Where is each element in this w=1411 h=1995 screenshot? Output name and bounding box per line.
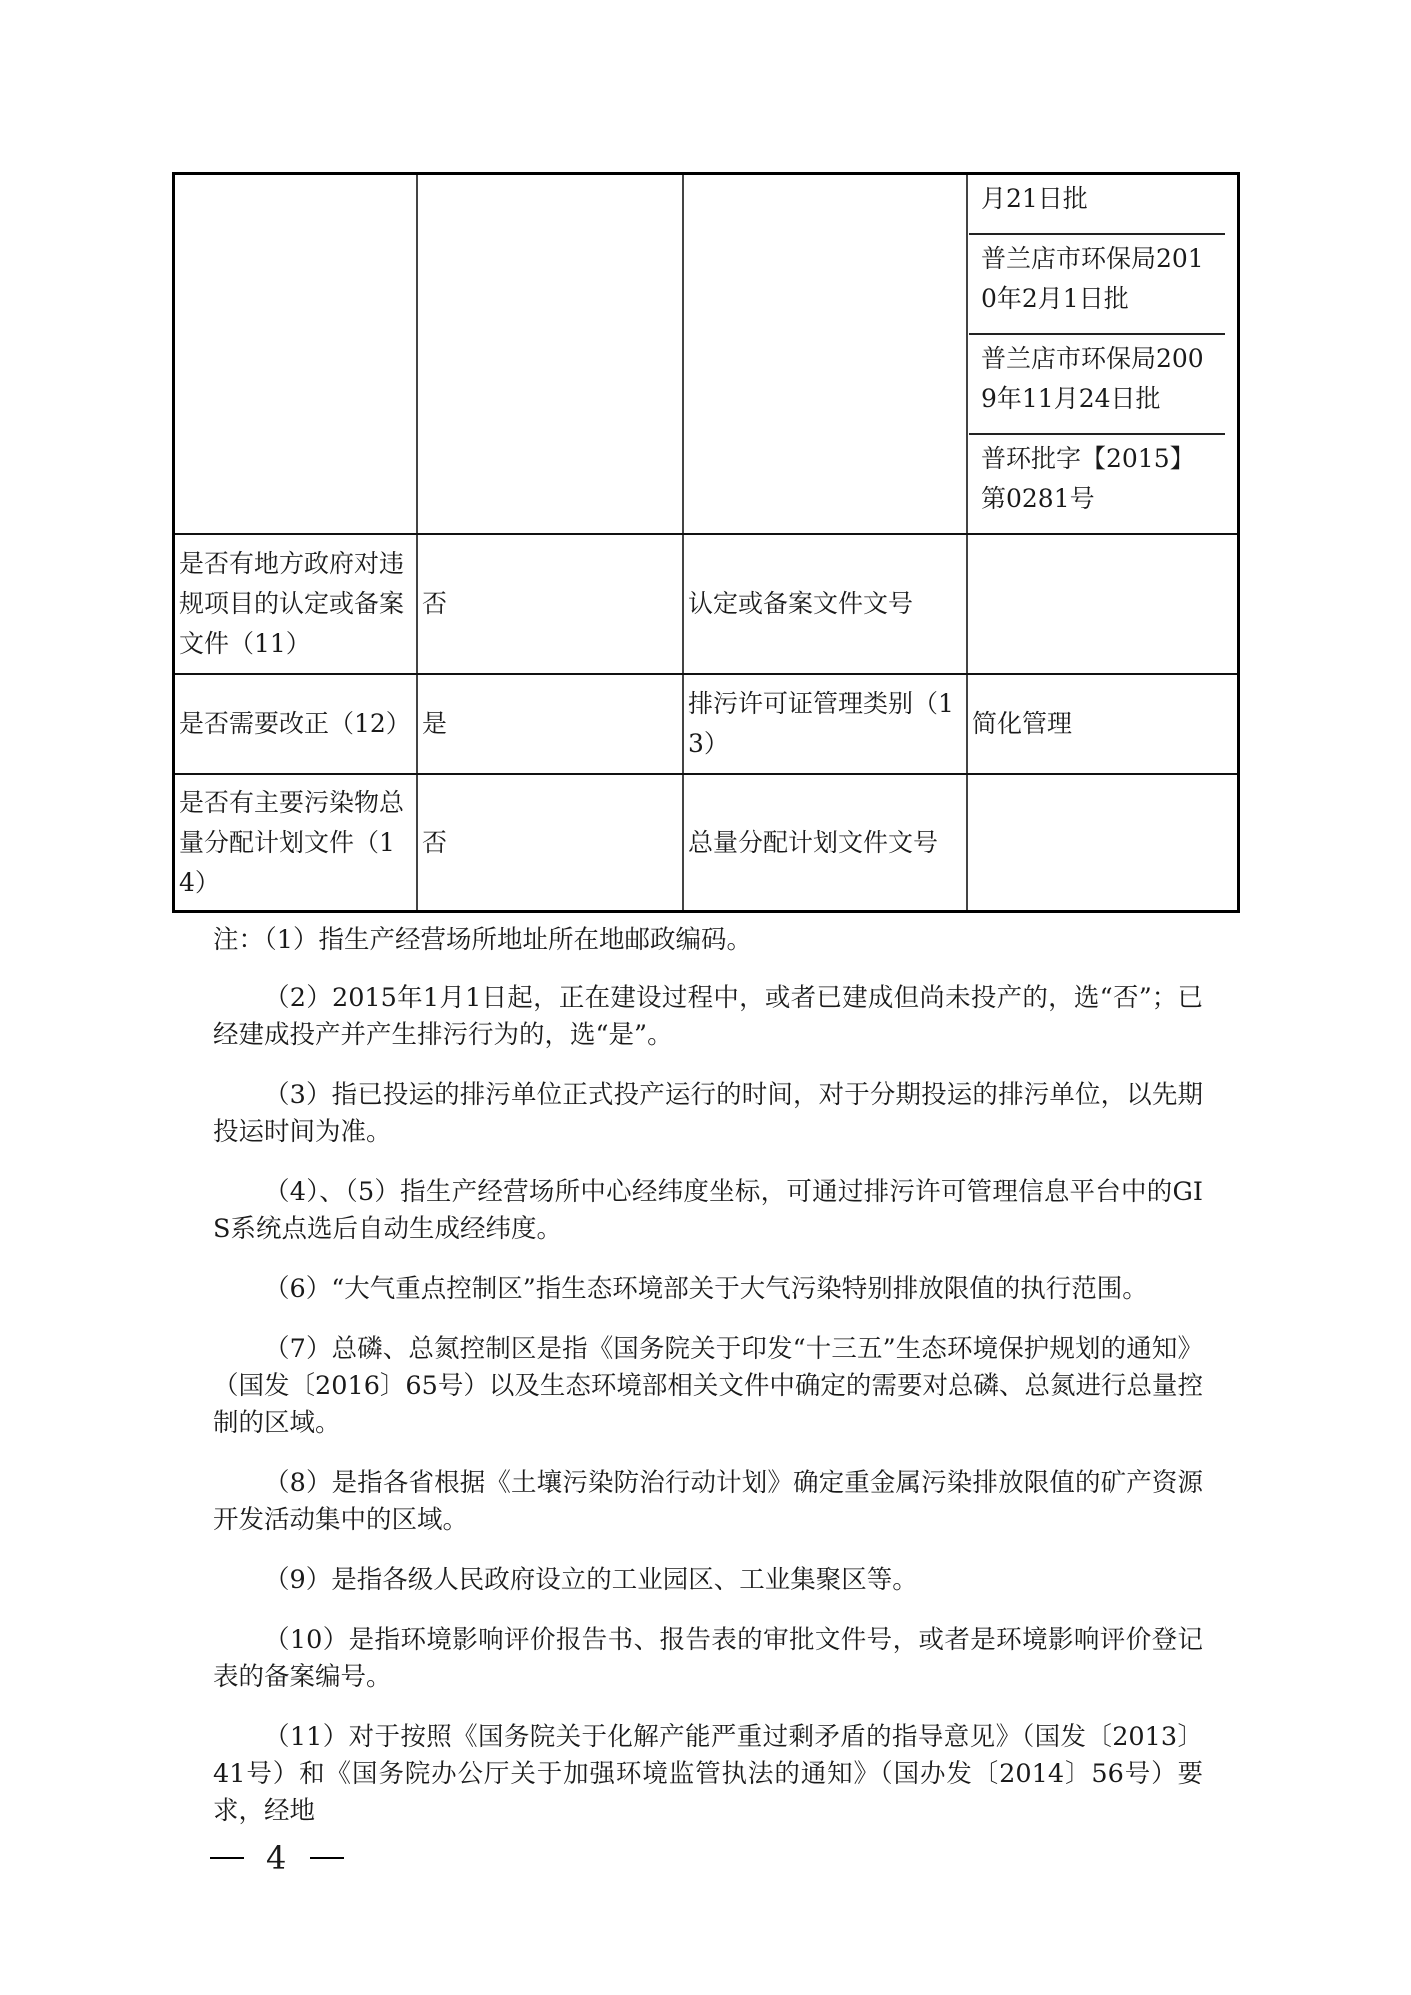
- dash-left: [210, 1857, 244, 1859]
- note-6: （6）“大气重点控制区”指生态环境部关于大气污染特别排放限值的执行范围。: [213, 1271, 1203, 1308]
- note-2: （2）2015年1月1日起，正在建设过程中，或者已建成但尚未投产的，选“否”；已…: [213, 980, 1203, 1054]
- permit-info-table: 月21日批 普兰店市环保局2010年2月1日批 普兰店市环保局2009年11月2…: [172, 172, 1240, 913]
- note-3: （3）指已投运的排污单位正式投产运行的时间，对于分期投运的排污单位，以先期投运时…: [213, 1077, 1203, 1151]
- value-permit-category: 简化管理: [968, 675, 1238, 773]
- page-number: 4: [210, 1838, 344, 1878]
- value-total-allocation-plan: 否: [418, 775, 682, 911]
- note-7: （7）总磷、总氮控制区是指《国务院关于印发“十三五”生态环境保护规划的通知》（国…: [213, 1331, 1203, 1442]
- value-allocation-doc-number: [968, 775, 1238, 911]
- value-local-gov-document: 否: [418, 535, 682, 673]
- label-total-allocation-plan: 是否有主要污染物总量分配计划文件（14）: [175, 775, 416, 911]
- label-permit-category: 排污许可证管理类别（13）: [684, 675, 966, 773]
- note-1: 注：（1）指生产经营场所地址所在地邮政编码。: [213, 922, 1203, 959]
- dash-right: [310, 1857, 344, 1859]
- value-needs-correction: 是: [418, 675, 682, 773]
- note-9: （9）是指各级人民政府设立的工业园区、工业集聚区等。: [213, 1562, 1203, 1599]
- approval-entry: 月21日批: [969, 175, 1224, 233]
- note-4-5: （4）、（5）指生产经营场所中心经纬度坐标，可通过排污许可管理信息平台中的GIS…: [213, 1174, 1203, 1248]
- approval-entry: 普环批字【2015】第0281号: [969, 435, 1224, 533]
- label-local-gov-document: 是否有地方政府对违规项目的认定或备案文件（11）: [175, 535, 416, 673]
- document-page: 月21日批 普兰店市环保局2010年2月1日批 普兰店市环保局2009年11月2…: [0, 0, 1411, 1995]
- note-8: （8）是指各省根据《土壤污染防治行动计划》确定重金属污染排放限值的矿产资源开发活…: [213, 1465, 1203, 1539]
- note-11: （11）对于按照《国务院关于化解产能严重过剩矛盾的指导意见》（国发〔2013〕4…: [213, 1719, 1203, 1830]
- note-10: （10）是指环境影响评价报告书、报告表的审批文件号，或者是环境影响评价登记表的备…: [213, 1622, 1203, 1696]
- label-allocation-doc-number: 总量分配计划文件文号: [684, 775, 966, 911]
- page-number-value: 4: [266, 1838, 288, 1878]
- value-filing-doc-number: [968, 535, 1238, 673]
- label-filing-doc-number: 认定或备案文件文号: [684, 535, 966, 673]
- approval-entry: 普兰店市环保局2009年11月24日批: [969, 335, 1224, 433]
- label-needs-correction: 是否需要改正（12）: [175, 675, 416, 773]
- approval-entry: 普兰店市环保局2010年2月1日批: [969, 235, 1224, 333]
- footnotes: 注：（1）指生产经营场所地址所在地邮政编码。 （2）2015年1月1日起，正在建…: [213, 922, 1203, 1853]
